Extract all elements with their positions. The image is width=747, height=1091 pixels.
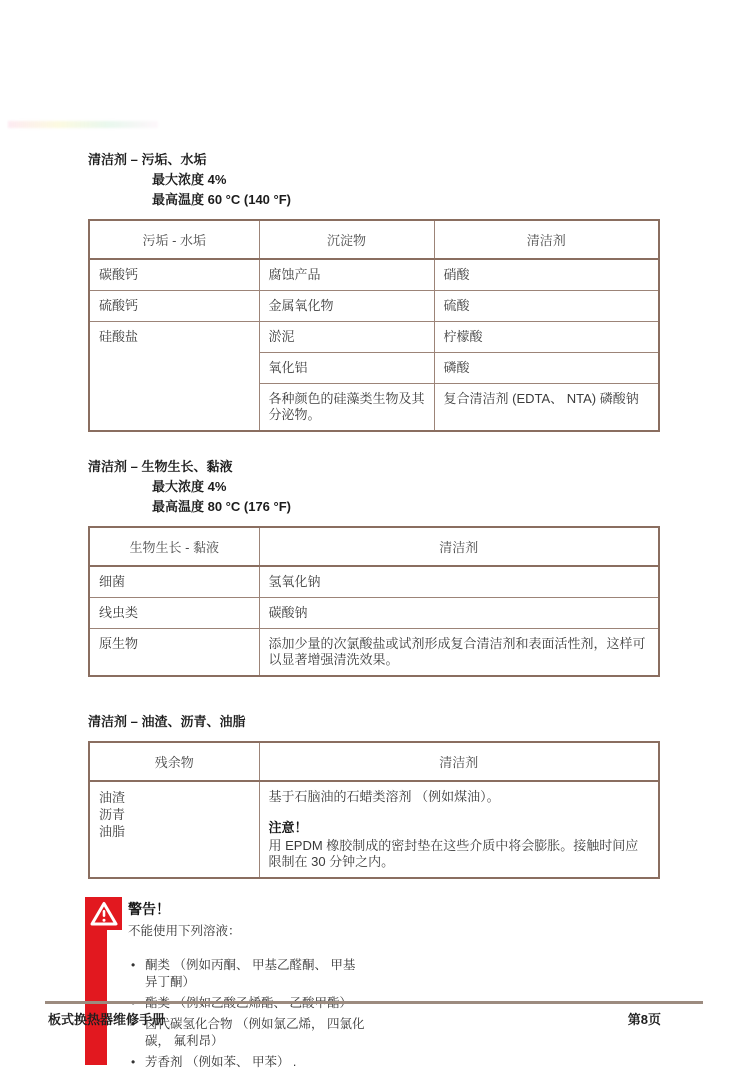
section-constraint-concentration: 最大浓度 4% bbox=[152, 477, 660, 497]
section-constraint-concentration: 最大浓度 4% bbox=[152, 170, 660, 190]
bullet-icon: • bbox=[131, 1054, 135, 1071]
table-row: 油渣 沥青 油脂 基于石脑油的石蜡类溶剂 （例如煤油）。 注意！ 用 EPDM … bbox=[89, 781, 659, 878]
table-cell-cleaner: 基于石脑油的石蜡类溶剂 （例如煤油）。 注意！ 用 EPDM 橡胶制成的密封垫在… bbox=[259, 781, 659, 878]
residue-item: 油脂 bbox=[99, 823, 250, 840]
table-cell: 硝酸 bbox=[434, 259, 659, 291]
list-item: •酮类 （例如丙酮、 甲基乙醛酮、 甲基异丁酮） bbox=[128, 957, 366, 991]
table-cell-residues: 油渣 沥青 油脂 bbox=[89, 781, 259, 878]
list-item-text: 芳香剂 （例如苯、 甲苯） . bbox=[145, 1055, 296, 1069]
table-cell: 细菌 bbox=[89, 566, 259, 598]
residue-item: 沥青 bbox=[99, 806, 250, 823]
column-header: 残余物 bbox=[89, 742, 259, 781]
table-row: 硫酸钙 金属氧化物 硫酸 bbox=[89, 291, 659, 322]
table-cell: 磷酸 bbox=[434, 353, 659, 384]
table-cell: 原生物 bbox=[89, 629, 259, 677]
section-title: 清洁剂 – 生物生长、黏液 bbox=[88, 457, 660, 477]
table-cell: 复合清洁剂 (EDTA、 NTA) 磷酸钠 bbox=[434, 384, 659, 432]
footer-page-number: 第8页 bbox=[628, 1009, 661, 1028]
table-biological-growth: 生物生长 - 黏液 清洁剂 细菌 氢氧化钠 线虫类 碳酸钠 原生物 添加少量的次… bbox=[88, 526, 660, 677]
section-constraint-temperature: 最高温度 60 °C (140 °F) bbox=[152, 190, 660, 210]
note-body: 用 EPDM 橡胶制成的密封垫在这些介质中将会膨胀。接触时间应限制在 30 分钟… bbox=[269, 838, 650, 870]
section-biological-growth: 清洁剂 – 生物生长、黏液 最大浓度 4% 最高温度 80 °C (176 °F… bbox=[88, 457, 660, 517]
column-header: 生物生长 - 黏液 bbox=[89, 527, 259, 566]
bullet-icon: • bbox=[131, 957, 135, 974]
residue-item: 油渣 bbox=[99, 789, 250, 806]
table-header-row: 生物生长 - 黏液 清洁剂 bbox=[89, 527, 659, 566]
table-header-row: 污垢 - 水垢 沉淀物 清洁剂 bbox=[89, 220, 659, 259]
section-constraint-temperature: 最高温度 80 °C (176 °F) bbox=[152, 497, 660, 517]
warning-block: 警告！ 不能使用下列溶液： •酮类 （例如丙酮、 甲基乙醛酮、 甲基异丁酮） •… bbox=[88, 897, 660, 1071]
warning-text: 警告！ 不能使用下列溶液： •酮类 （例如丙酮、 甲基乙醛酮、 甲基异丁酮） •… bbox=[128, 897, 660, 1071]
table-oil-residue: 残余物 清洁剂 油渣 沥青 油脂 基于石脑油的石蜡类溶剂 （例如煤油）。 注意！… bbox=[88, 741, 660, 879]
table-cell: 柠檬酸 bbox=[434, 322, 659, 353]
note-title: 注意！ bbox=[269, 820, 650, 836]
table-cell: 添加少量的次氯酸盐或试剂形成复合清洁剂和表面活性剂，这样可以显著增强清洗效果。 bbox=[259, 629, 659, 677]
section-fouling-scale: 清洁剂 – 污垢、水垢 最大浓度 4% 最高温度 60 °C (140 °F) bbox=[88, 150, 660, 210]
section-title: 清洁剂 – 油渣、沥青、油脂 bbox=[88, 712, 660, 732]
list-item-text: 酮类 （例如丙酮、 甲基乙醛酮、 甲基异丁酮） bbox=[145, 958, 355, 989]
table-cell: 各种颜色的硅藻类生物及其分泌物。 bbox=[259, 384, 434, 432]
table-cell: 线虫类 bbox=[89, 598, 259, 629]
table-row: 细菌 氢氧化钠 bbox=[89, 566, 659, 598]
table-cell: 氢氧化钠 bbox=[259, 566, 659, 598]
table-cell-merged: 硅酸盐 bbox=[89, 322, 259, 432]
column-header: 清洁剂 bbox=[259, 742, 659, 781]
warning-intro: 不能使用下列溶液： bbox=[128, 923, 660, 940]
table-cell: 硫酸 bbox=[434, 291, 659, 322]
table-row: 硅酸盐 淤泥 柠檬酸 bbox=[89, 322, 659, 353]
table-cell: 碳酸钠 bbox=[259, 598, 659, 629]
table-cell: 淤泥 bbox=[259, 322, 434, 353]
column-header: 沉淀物 bbox=[259, 220, 434, 259]
footer-doc-title: 板式换热器维修手册 bbox=[48, 1009, 165, 1028]
column-header: 污垢 - 水垢 bbox=[89, 220, 259, 259]
table-row: 碳酸钙 腐蚀产品 硝酸 bbox=[89, 259, 659, 291]
warning-triangle-icon bbox=[85, 897, 122, 930]
table-fouling-scale: 污垢 - 水垢 沉淀物 清洁剂 碳酸钙 腐蚀产品 硝酸 硫酸钙 金属氧化物 硫酸… bbox=[88, 219, 660, 432]
list-item: •芳香剂 （例如苯、 甲苯） . bbox=[128, 1054, 366, 1071]
section-title: 清洁剂 – 污垢、水垢 bbox=[88, 150, 660, 170]
page-content: 清洁剂 – 污垢、水垢 最大浓度 4% 最高温度 60 °C (140 °F) … bbox=[88, 150, 660, 1075]
section-oil-residue: 清洁剂 – 油渣、沥青、油脂 bbox=[88, 712, 660, 732]
table-cell: 腐蚀产品 bbox=[259, 259, 434, 291]
table-cell: 硫酸钙 bbox=[89, 291, 259, 322]
page-footer: 板式换热器维修手册 第8页 bbox=[48, 1009, 661, 1028]
table-cell: 金属氧化物 bbox=[259, 291, 434, 322]
table-row: 原生物 添加少量的次氯酸盐或试剂形成复合清洁剂和表面活性剂，这样可以显著增强清洗… bbox=[89, 629, 659, 677]
footer-divider bbox=[45, 1001, 703, 1004]
table-cell: 碳酸钙 bbox=[89, 259, 259, 291]
table-row: 线虫类 碳酸钠 bbox=[89, 598, 659, 629]
table-cell: 氧化铝 bbox=[259, 353, 434, 384]
column-header: 清洁剂 bbox=[259, 527, 659, 566]
warning-title: 警告！ bbox=[128, 900, 660, 918]
table-header-row: 残余物 清洁剂 bbox=[89, 742, 659, 781]
scan-artifact bbox=[8, 121, 158, 128]
column-header: 清洁剂 bbox=[434, 220, 659, 259]
solvent-text: 基于石脑油的石蜡类溶剂 （例如煤油）。 bbox=[269, 789, 650, 805]
